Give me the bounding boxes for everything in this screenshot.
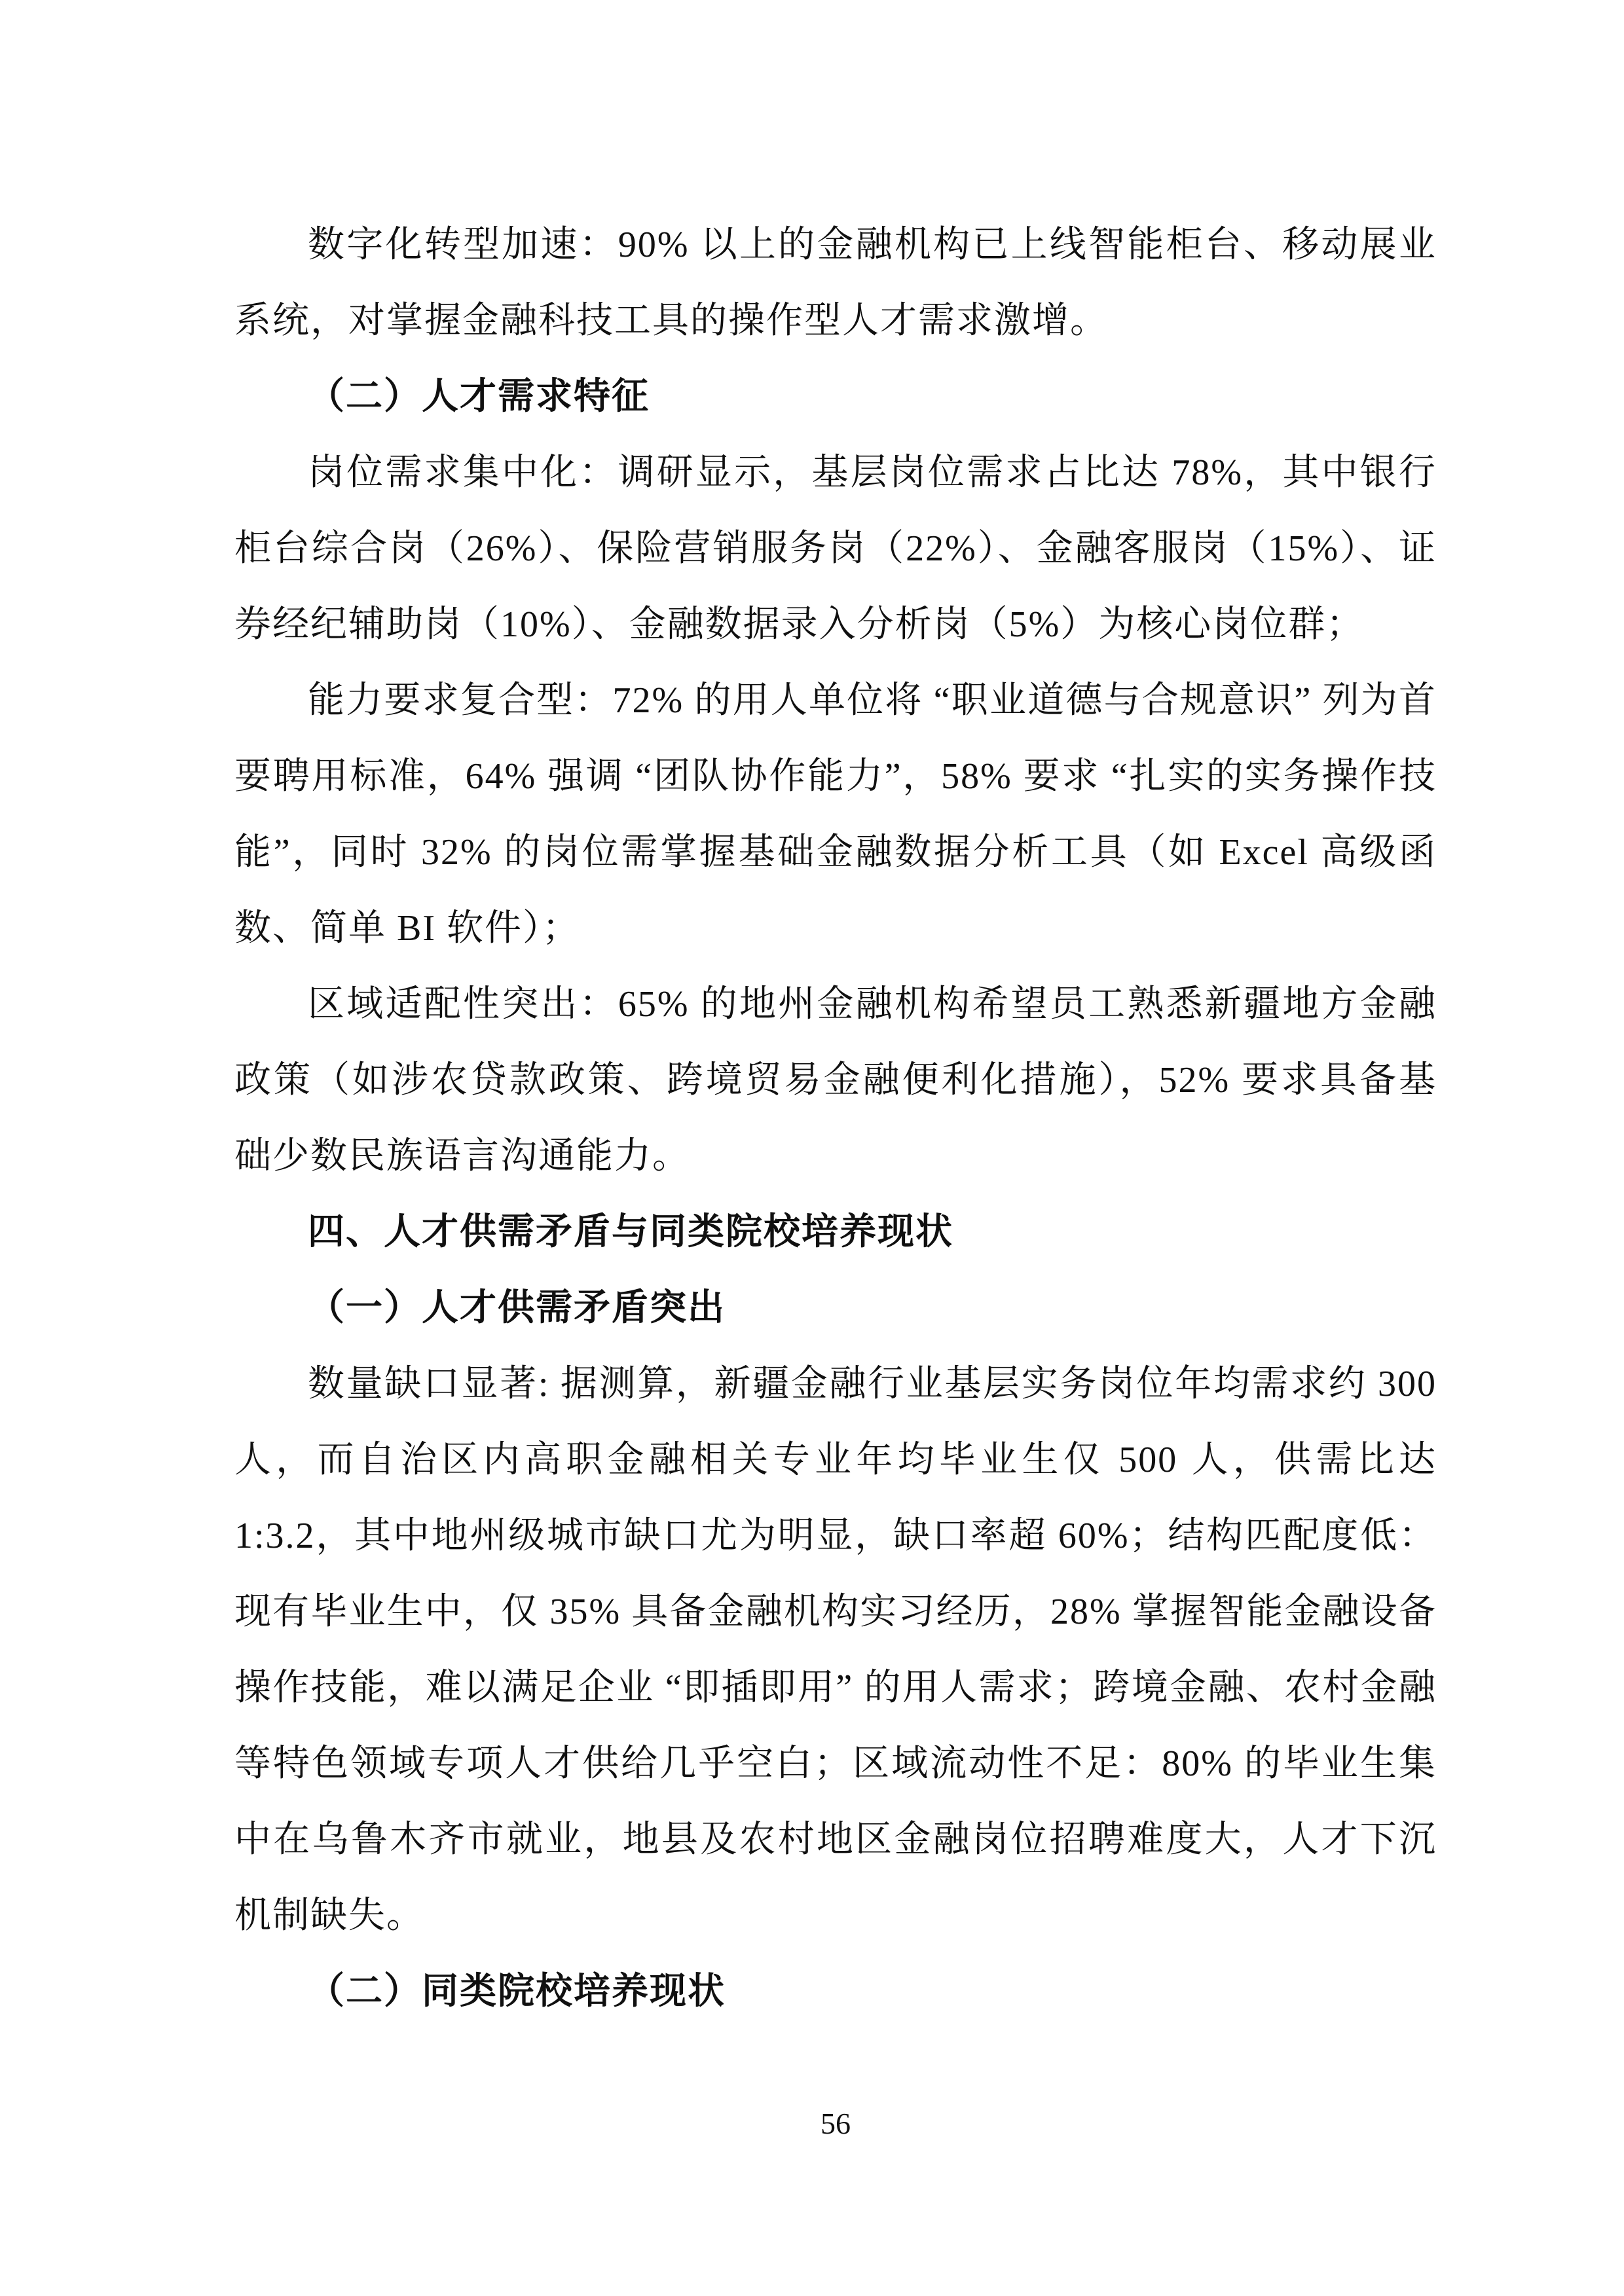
paragraph-digital-transformation: 数字化转型加速：90% 以上的金融机构已上线智能柜台、移动展业系统，对掌握金融科… [234,207,1437,359]
document-page: 数字化转型加速：90% 以上的金融机构已上线智能柜台、移动展业系统，对掌握金融科… [0,0,1624,2296]
document-body: 数字化转型加速：90% 以上的金融机构已上线智能柜台、移动展业系统，对掌握金融科… [234,207,1437,2030]
paragraph-job-demand-concentration: 岗位需求集中化：调研显示，基层岗位需求占比达 78%，其中银行柜台综合岗（26%… [234,435,1437,663]
heading-peer-colleges-status: （二）同类院校培养现状 [234,1954,1437,2030]
paragraph-regional-adaptability: 区域适配性突出：65% 的地州金融机构希望员工熟悉新疆地方金融政策（如涉农贷款政… [234,966,1437,1194]
page-number: 56 [821,2107,851,2140]
heading-section-4-supply-demand: 四、人才供需矛盾与同类院校培养现状 [234,1194,1437,1270]
paragraph-composite-ability-requirements: 能力要求复合型：72% 的用人单位将 “职业道德与合规意识” 列为首要聘用标准，… [234,663,1437,966]
heading-talent-demand-features: （二）人才需求特征 [234,359,1437,435]
page-footer: 56 [234,2107,1437,2141]
heading-supply-demand-contradiction: （一）人才供需矛盾突出 [234,1270,1437,1346]
paragraph-quantity-gap: 数量缺口显著: 据测算，新疆金融行业基层实务岗位年均需求约 300 人，而自治区… [234,1346,1437,1954]
